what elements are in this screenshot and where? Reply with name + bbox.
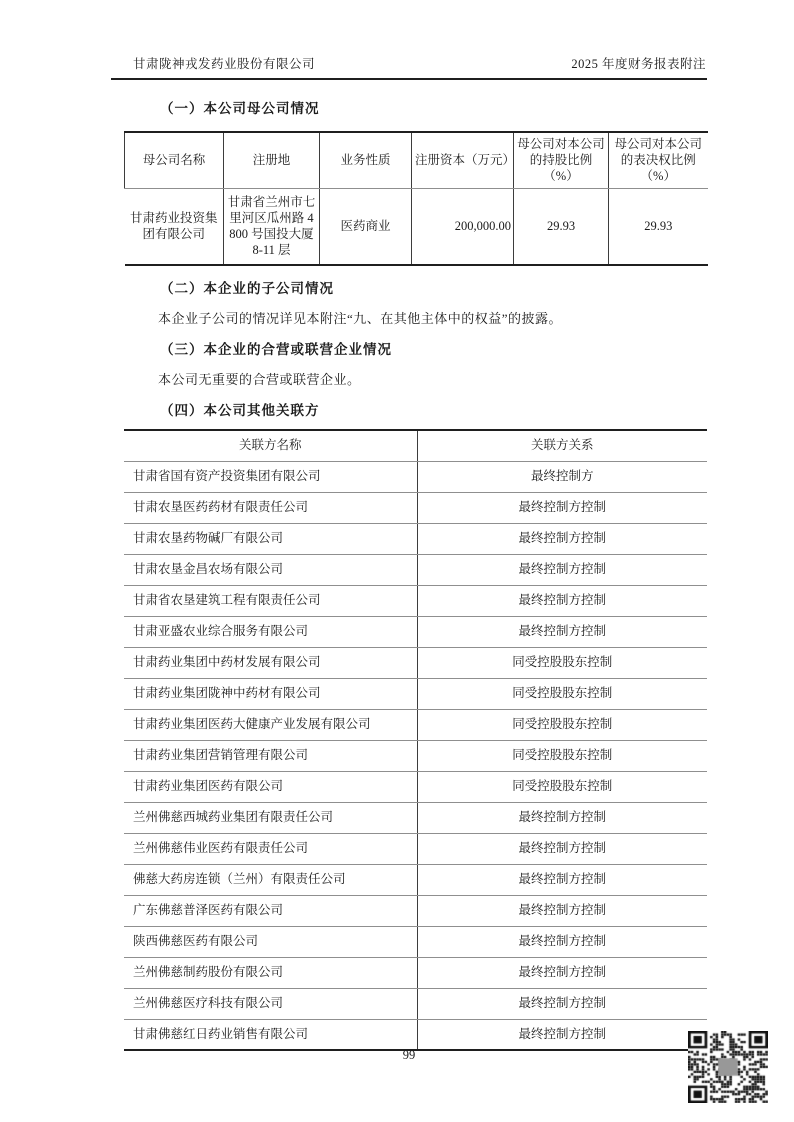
header-doc-title: 2025 年度财务报表附注 [571,54,706,72]
related-party-relation: 最终控制方 [417,461,707,492]
related-party-name: 兰州佛慈西城药业集团有限责任公司 [124,802,417,833]
related-party-relation: 最终控制方控制 [417,926,707,957]
parent-table-header-cell: 业务性质 [320,132,412,188]
related-party-relation: 同受控股股东控制 [417,709,707,740]
page-number: 99 [111,1048,707,1063]
related-party-name: 甘肃省农垦建筑工程有限责任公司 [124,585,417,616]
related-party-name: 佛慈大药房连锁（兰州）有限责任公司 [124,864,417,895]
section-1-heading: （一）本公司母公司情况 [160,97,707,117]
page-header: 甘肃陇神戎发药业股份有限公司 2025 年度财务报表附注 [111,54,707,80]
document-page: 甘肃陇神戎发药业股份有限公司 2025 年度财务报表附注 （一）本公司母公司情况… [0,0,794,1122]
related-name-header: 关联方名称 [124,430,417,461]
related-party-row: 甘肃药业集团中药材发展有限公司 同受控股股东控制 [124,647,707,678]
section-3-heading: （三）本企业的合营或联营企业情况 [160,338,707,358]
related-party-relation: 最终控制方控制 [417,988,707,1019]
related-party-name: 甘肃农垦金昌农场有限公司 [124,554,417,585]
qr-code [688,1031,768,1103]
business-nature-cell: 医药商业 [320,188,412,265]
related-party-relation: 最终控制方控制 [417,523,707,554]
shareholding-ratio-cell: 29.93 [514,188,609,265]
parent-table-data-row: 甘肃药业投资集团有限公司 甘肃省兰州市七里河区瓜州路 4800 号国投大厦 8-… [125,188,708,265]
related-party-table: 关联方名称 关联方关系 甘肃省国有资产投资集团有限公司 最终控制方 甘肃农垦医药… [124,429,707,1051]
related-party-name: 甘肃药业集团医药大健康产业发展有限公司 [124,709,417,740]
related-party-row: 广东佛慈普泽医药有限公司 最终控制方控制 [124,895,707,926]
section-3-body: 本公司无重要的合营或联营企业。 [158,369,707,388]
related-party-relation: 最终控制方控制 [417,616,707,647]
related-party-name: 甘肃药业集团陇神中药材有限公司 [124,678,417,709]
related-party-row: 甘肃省国有资产投资集团有限公司 最终控制方 [124,461,707,492]
related-party-name: 甘肃药业集团营销管理有限公司 [124,740,417,771]
related-party-row: 兰州佛慈西城药业集团有限责任公司 最终控制方控制 [124,802,707,833]
voting-ratio-cell: 29.93 [609,188,708,265]
related-party-name: 陕西佛慈医药有限公司 [124,926,417,957]
parent-table-header-cell: 母公司名称 [125,132,224,188]
related-party-row: 甘肃亚盛农业综合服务有限公司 最终控制方控制 [124,616,707,647]
registered-capital-cell: 200,000.00 [412,188,514,265]
parent-company-table: 母公司名称注册地业务性质注册资本（万元）母公司对本公司的持股比例（%）母公司对本… [124,131,708,266]
section-2-body: 本企业子公司的情况详见本附注“九、在其他主体中的权益”的披露。 [158,308,707,327]
parent-table-header-cell: 注册地 [224,132,320,188]
related-party-relation: 最终控制方控制 [417,802,707,833]
related-party-row: 佛慈大药房连锁（兰州）有限责任公司 最终控制方控制 [124,864,707,895]
related-party-row: 甘肃农垦药物碱厂有限公司 最终控制方控制 [124,523,707,554]
related-party-relation: 最终控制方控制 [417,895,707,926]
related-relation-header: 关联方关系 [417,430,707,461]
related-party-row: 甘肃省农垦建筑工程有限责任公司 最终控制方控制 [124,585,707,616]
related-party-row: 兰州佛慈制药股份有限公司 最终控制方控制 [124,957,707,988]
related-party-row: 甘肃药业集团陇神中药材有限公司 同受控股股东控制 [124,678,707,709]
related-party-relation: 最终控制方控制 [417,957,707,988]
related-party-row: 甘肃佛慈红日药业销售有限公司 最终控制方控制 [124,1019,707,1050]
related-party-relation: 最终控制方控制 [417,833,707,864]
related-party-row: 甘肃农垦金昌农场有限公司 最终控制方控制 [124,554,707,585]
related-party-relation: 最终控制方控制 [417,1019,707,1050]
related-party-name: 甘肃药业集团医药有限公司 [124,771,417,802]
related-party-name: 兰州佛慈制药股份有限公司 [124,957,417,988]
related-party-relation: 最终控制方控制 [417,585,707,616]
related-party-relation: 最终控制方控制 [417,492,707,523]
related-party-row: 甘肃药业集团医药有限公司 同受控股股东控制 [124,771,707,802]
parent-table-header-cell: 注册资本（万元） [412,132,514,188]
content-area: 甘肃陇神戎发药业股份有限公司 2025 年度财务报表附注 （一）本公司母公司情况… [111,0,707,1051]
related-party-row: 甘肃药业集团医药大健康产业发展有限公司 同受控股股东控制 [124,709,707,740]
related-party-row: 陕西佛慈医药有限公司 最终控制方控制 [124,926,707,957]
registered-place-cell: 甘肃省兰州市七里河区瓜州路 4800 号国投大厦 8-11 层 [224,188,320,265]
related-party-name: 兰州佛慈医疗科技有限公司 [124,988,417,1019]
related-party-relation: 最终控制方控制 [417,864,707,895]
related-party-name: 兰州佛慈伟业医药有限责任公司 [124,833,417,864]
section-2-heading: （二）本企业的子公司情况 [160,277,707,297]
header-company-name: 甘肃陇神戎发药业股份有限公司 [133,54,315,72]
related-table-body: 甘肃省国有资产投资集团有限公司 最终控制方 甘肃农垦医药药材有限责任公司 最终控… [124,461,707,1050]
related-party-row: 兰州佛慈伟业医药有限责任公司 最终控制方控制 [124,833,707,864]
related-party-row: 甘肃药业集团营销管理有限公司 同受控股股东控制 [124,740,707,771]
section-4-heading: （四）本公司其他关联方 [160,399,707,419]
related-party-relation: 同受控股股东控制 [417,678,707,709]
related-party-name: 甘肃药业集团中药材发展有限公司 [124,647,417,678]
parent-table-header-cell: 母公司对本公司的持股比例（%） [514,132,609,188]
related-party-row: 甘肃农垦医药药材有限责任公司 最终控制方控制 [124,492,707,523]
related-party-name: 甘肃亚盛农业综合服务有限公司 [124,616,417,647]
related-party-name: 广东佛慈普泽医药有限公司 [124,895,417,926]
related-party-relation: 最终控制方控制 [417,554,707,585]
related-party-relation: 同受控股股东控制 [417,647,707,678]
related-party-row: 兰州佛慈医疗科技有限公司 最终控制方控制 [124,988,707,1019]
parent-table-header-cell: 母公司对本公司的表决权比例（%） [609,132,708,188]
related-party-relation: 同受控股股东控制 [417,771,707,802]
related-party-name: 甘肃佛慈红日药业销售有限公司 [124,1019,417,1050]
related-party-relation: 同受控股股东控制 [417,740,707,771]
parent-table-header-row: 母公司名称注册地业务性质注册资本（万元）母公司对本公司的持股比例（%）母公司对本… [125,132,708,188]
related-party-name: 甘肃农垦药物碱厂有限公司 [124,523,417,554]
related-party-name: 甘肃省国有资产投资集团有限公司 [124,461,417,492]
related-party-name: 甘肃农垦医药药材有限责任公司 [124,492,417,523]
parent-name-cell: 甘肃药业投资集团有限公司 [125,188,224,265]
related-table-header-row: 关联方名称 关联方关系 [124,430,707,461]
